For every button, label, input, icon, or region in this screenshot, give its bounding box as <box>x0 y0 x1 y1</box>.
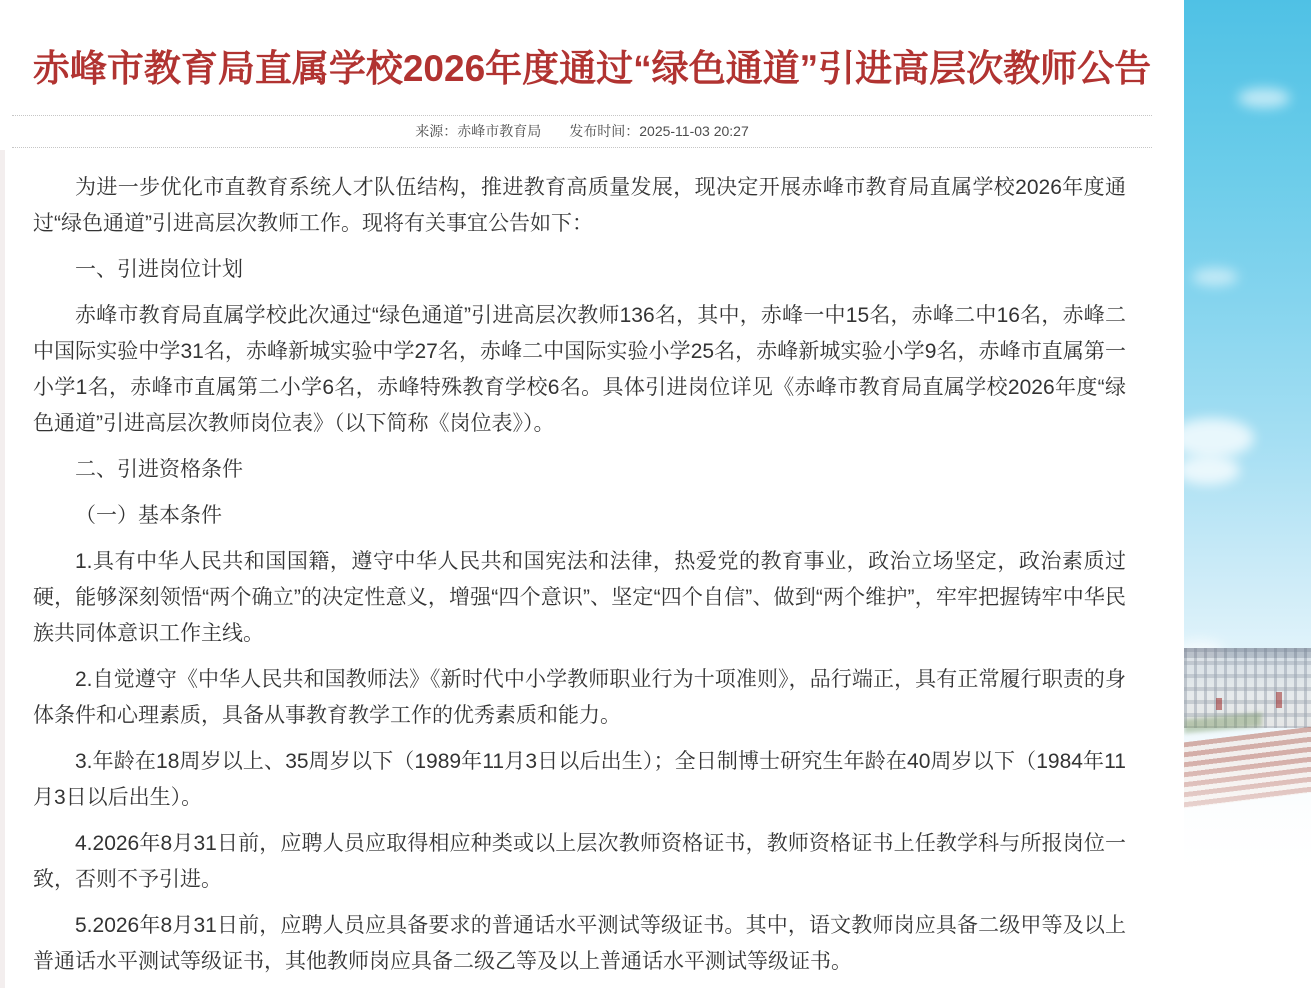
source-label: 来源： <box>415 123 457 139</box>
page-title: 赤峰市教育局直属学校2026年度通过“绿色通道”引进高层次教师公告 <box>0 0 1184 94</box>
subsection-heading: （一）基本条件 <box>33 498 1126 534</box>
article-paragraph: 为进一步优化市直教育系统人才队伍结构，推进教育高质量发展，现决定开展赤峰市教育局… <box>33 170 1126 242</box>
article-paragraph: 1.具有中华人民共和国国籍，遵守中华人民共和国宪法和法律，热爱党的教育事业，政治… <box>33 544 1126 652</box>
publish-time-value: 2025-11-03 20:27 <box>639 123 749 139</box>
cloud-shape <box>1238 88 1290 108</box>
section-heading: 一、引进岗位计划 <box>33 252 1126 288</box>
article-paragraph: 2.自觉遵守《中华人民共和国教师法》《新时代中小学教师职业行为十项准则》，品行端… <box>33 662 1126 734</box>
left-edge-strip <box>0 150 5 988</box>
white-haze-overlay <box>1184 760 1311 988</box>
article-body: 为进一步优化市直教育系统人才队伍结构，推进教育高质量发展，现决定开展赤峰市教育局… <box>33 170 1126 980</box>
article-paragraph: 5.2026年8月31日前，应聘人员应具备要求的普通话水平测试等级证书。其中，语… <box>33 908 1126 980</box>
article-paragraph: 赤峰市教育局直属学校此次通过“绿色通道”引进高层次教师136名，其中，赤峰一中1… <box>33 298 1126 442</box>
article-meta-row: 来源：赤峰市教育局发布时间：2025-11-03 20:27 <box>12 115 1152 148</box>
article-content-area: 赤峰市教育局直属学校2026年度通过“绿色通道”引进高层次教师公告 来源：赤峰市… <box>0 0 1184 988</box>
red-banner <box>1276 692 1282 708</box>
building-roofline <box>1184 648 1311 658</box>
side-photo-strip <box>1184 0 1311 988</box>
announcement-page: 赤峰市教育局直属学校2026年度通过“绿色通道”引进高层次教师公告 来源：赤峰市… <box>0 0 1311 988</box>
publish-time-label: 发布时间： <box>569 123 639 139</box>
article-paragraph: 3.年龄在18周岁以上、35周岁以下（1989年11月3日以后出生）；全日制博士… <box>33 744 1126 816</box>
red-banner <box>1216 698 1222 710</box>
section-heading: 二、引进资格条件 <box>33 452 1126 488</box>
cloud-shape <box>1192 268 1238 286</box>
source-value: 赤峰市教育局 <box>457 123 541 139</box>
article-paragraph: 4.2026年8月31日前，应聘人员应取得相应种类或以上层次教师资格证书，教师资… <box>33 826 1126 898</box>
